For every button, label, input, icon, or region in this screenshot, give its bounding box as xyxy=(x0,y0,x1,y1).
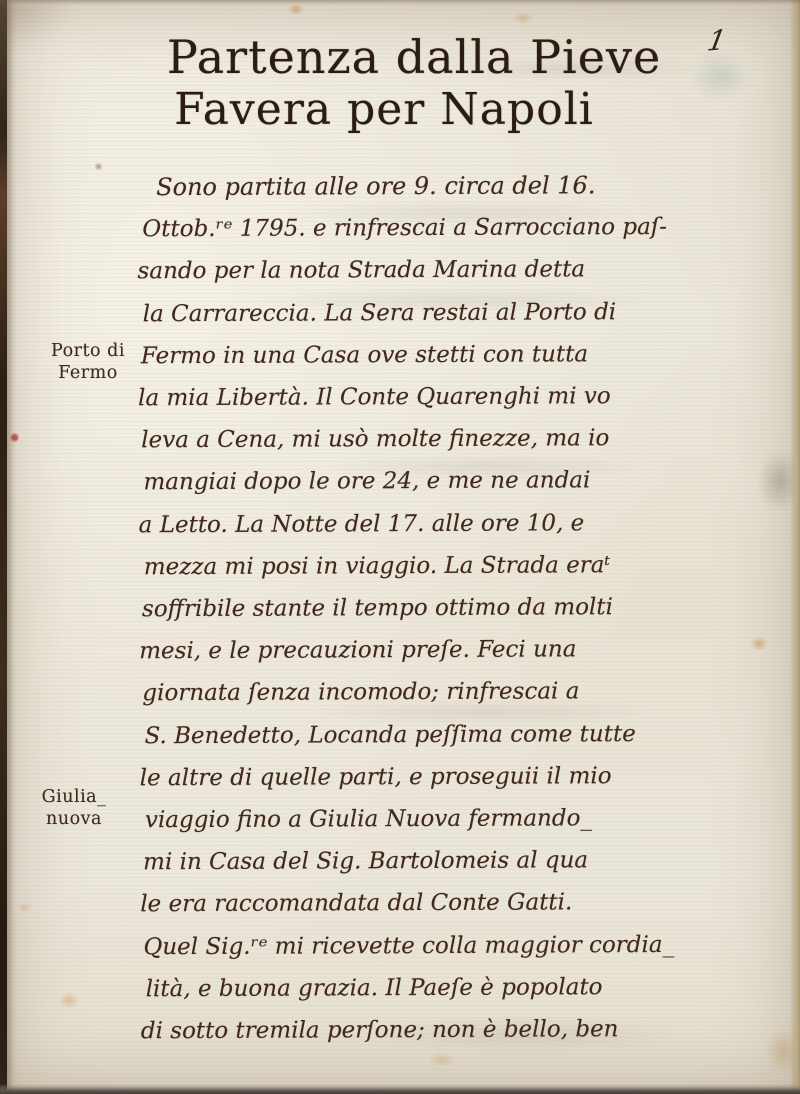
title-line-2: Favera per Napoli xyxy=(0,84,784,135)
manuscript-page: 1 Partenza dalla Pieve Favera per Napoli… xyxy=(0,0,800,1094)
margin-note-line: Fermo xyxy=(36,362,140,384)
foxing-stain xyxy=(18,902,32,913)
manuscript-line: viaggio fino a Giulia Nuova fermando_ xyxy=(145,797,713,842)
manuscript-line: mesi, e le precauzioni preſe. Feci una xyxy=(139,628,707,673)
manuscript-line: S. Benedetto, Locanda peſſima come tutte xyxy=(144,712,712,757)
manuscript-line: mangiai dopo le ore 24, e me ne andai xyxy=(143,459,711,504)
foxing-stain xyxy=(512,12,534,24)
foxing-stain xyxy=(288,4,304,15)
margin-note-porto-di-fermo: Porto di Fermo xyxy=(36,340,140,384)
foxing-stain xyxy=(428,1052,456,1067)
manuscript-line: Quel Sig.ʳᵉ mi ricevette colla maggior c… xyxy=(143,923,711,968)
manuscript-line: le altre di quelle parti, e proseguii il… xyxy=(140,755,708,800)
margin-note-giulia-nuova: Giulia_ nuova xyxy=(24,786,124,830)
margin-note-line: Giulia_ xyxy=(24,786,124,808)
binding-edge xyxy=(0,0,7,1094)
margin-note-line: Porto di xyxy=(36,340,140,362)
manuscript-line: a Letto. La Notte del 17. alle ore 10, e xyxy=(139,501,707,546)
manuscript-line: giornata ſenza incomodo; rinfrescai a xyxy=(142,670,710,715)
manuscript-line: mezza mi posi in viaggio. La Strada eraᵗ xyxy=(144,544,712,589)
page-edge-right xyxy=(790,0,800,1094)
manuscript-line: Fermo in una Casa ove stetti con tutta xyxy=(141,333,709,378)
foxing-stain xyxy=(58,992,80,1009)
red-margin-mark xyxy=(9,432,20,443)
title-line-1: Partenza dalla Pieve xyxy=(14,30,800,84)
manuscript-line: la mia Libertà. Il Conte Quarenghi mi vo xyxy=(138,375,706,420)
margin-note-line: nuova xyxy=(24,808,124,830)
foxing-stain xyxy=(750,636,768,651)
page-edge-bottom xyxy=(0,1084,800,1094)
manuscript-body: Sono partita alle ore 9. circa del 16. O… xyxy=(140,164,712,1053)
manuscript-line: Ottob.ʳᵉ 1795. e rinfrescai a Sarroccian… xyxy=(142,206,710,251)
page-title: Partenza dalla Pieve Favera per Napoli xyxy=(0,30,800,135)
manuscript-line: soffribile stante il tempo ottimo da mol… xyxy=(142,586,710,631)
manuscript-line: di sotto tremila perſone; non è bello, b… xyxy=(141,1008,709,1053)
manuscript-line: le era raccomandata dal Conte Gatti. xyxy=(140,881,708,926)
manuscript-line: la Carrareccia. La Sera restai al Porto … xyxy=(143,290,711,335)
page-edge-top xyxy=(0,0,800,5)
manuscript-line: mi in Casa del Sig. Bartolomeis al qua xyxy=(143,839,711,884)
ink-speck xyxy=(94,162,103,171)
manuscript-line: lità, e buona grazia. Il Paeſe è popolat… xyxy=(146,966,714,1011)
manuscript-line: sando per la nota Strada Marina detta xyxy=(137,248,705,293)
manuscript-line: Sono partita alle ore 9. circa del 16. xyxy=(140,164,708,209)
manuscript-line: leva a Cena, mi usò molte finezze, ma io xyxy=(141,417,709,462)
